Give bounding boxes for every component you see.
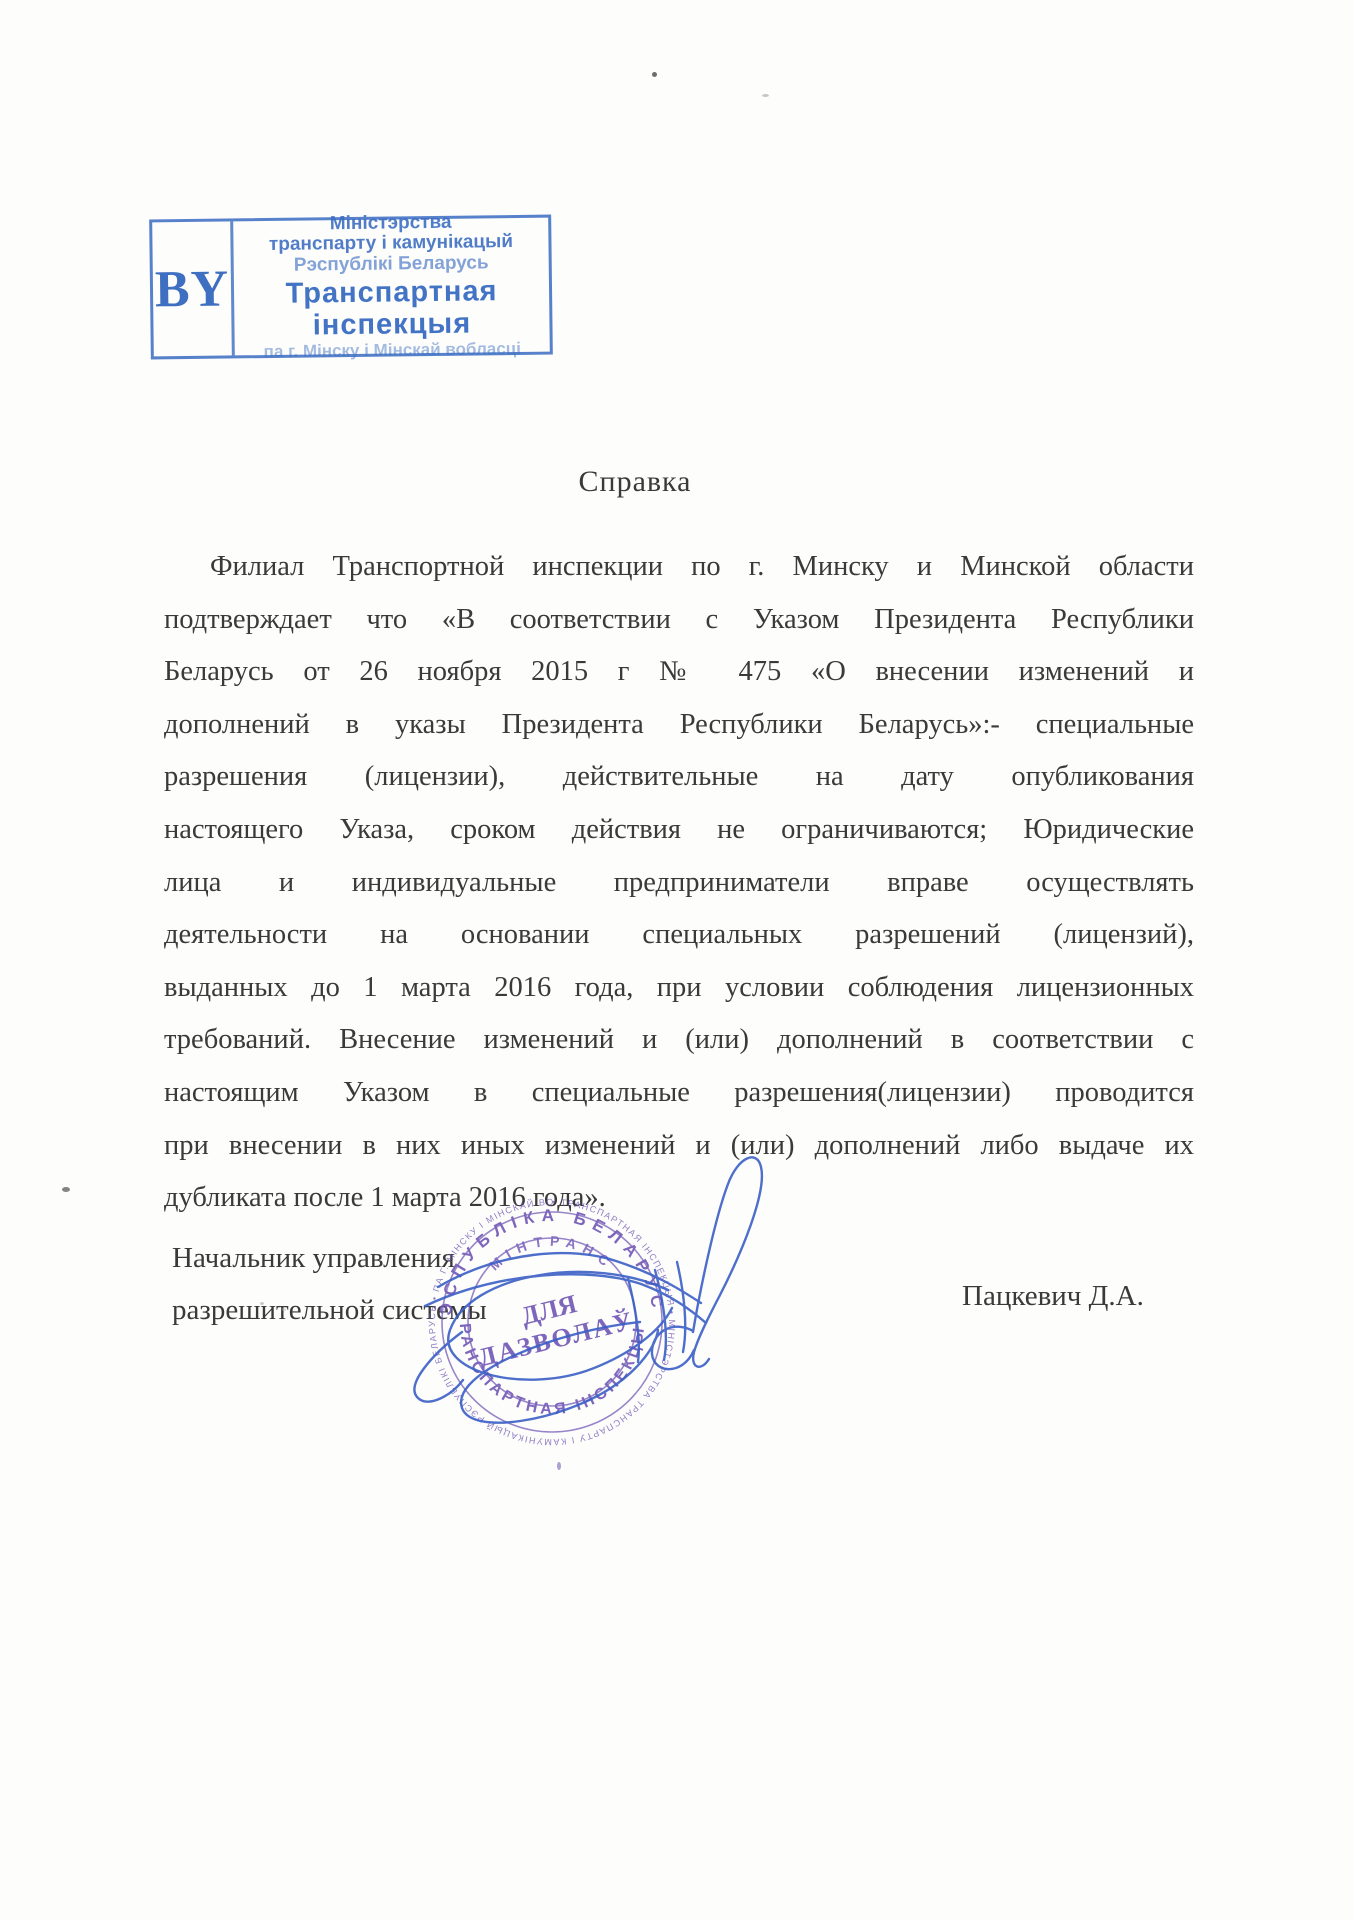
svg-text:МІНТРАНС: МІНТРАНС bbox=[486, 1233, 618, 1274]
body-line: выданных до 1 марта 2016 года, при услов… bbox=[164, 962, 1194, 1015]
body-line: разрешения (лицензии), действительные на… bbox=[164, 751, 1194, 804]
body-line: требований. Внесение изменений и (или) д… bbox=[164, 1014, 1194, 1067]
body-line: деятельности на основании специальных ра… bbox=[164, 909, 1194, 962]
scan-speck bbox=[557, 1462, 561, 1470]
body-line: при внесении в них иных изменений и (или… bbox=[164, 1120, 1194, 1173]
body-line: Беларусь от 26 ноября 2015 г № 475 «О вн… bbox=[164, 646, 1194, 699]
body-line: подтверждает что «В соответствии с Указо… bbox=[164, 594, 1194, 647]
body-line: дополнений в указы Президента Республики… bbox=[164, 699, 1194, 752]
document-page: BY Міністэрства транспарту і камунікацый… bbox=[0, 0, 1354, 1920]
body-line: Филиал Транспортной инспекции по г. Минс… bbox=[164, 541, 1194, 594]
scan-speck bbox=[260, 1302, 264, 1305]
scan-speck bbox=[652, 72, 657, 77]
scan-speck bbox=[282, 1308, 286, 1311]
header-stamp-text: Міністэрства транспарту і камунікацый Рэ… bbox=[233, 218, 550, 356]
signer-name: Пацкевич Д.А. bbox=[962, 1280, 1144, 1313]
stamp-line-republic: Рэспублікі Беларусь bbox=[294, 253, 489, 276]
page-title: Справка bbox=[164, 465, 1194, 499]
body-line: настоящим Указом в специальные разрешени… bbox=[164, 1067, 1194, 1120]
header-stamp: BY Міністэрства транспарту і камунікацый… bbox=[149, 215, 553, 360]
round-seal-stamp: • ТРАНСПАРТНАЯ ІНСПЕКЦЫЯ • МІНІСТЭРСТВА … bbox=[416, 1186, 688, 1458]
country-code-box: BY bbox=[152, 221, 235, 356]
stamp-line-ministry: Міністэрства bbox=[330, 213, 452, 235]
body-line: лица и индивидуальные предприниматели вп… bbox=[164, 857, 1194, 910]
stamp-line-inspection: Транспартная інспекцыя bbox=[238, 276, 546, 342]
scan-speck bbox=[62, 1187, 70, 1192]
stamp-line-region: па г. Мінску і Мінскай вобласці bbox=[264, 340, 522, 362]
seal-inner-arc-text: МІНТРАНС bbox=[486, 1233, 618, 1274]
document-body: Филиал Транспортной инспекции по г. Минс… bbox=[164, 541, 1194, 1225]
scan-speck bbox=[762, 94, 769, 97]
country-code: BY bbox=[155, 259, 230, 319]
body-line: настоящего Указа, сроком действия не огр… bbox=[164, 804, 1194, 857]
